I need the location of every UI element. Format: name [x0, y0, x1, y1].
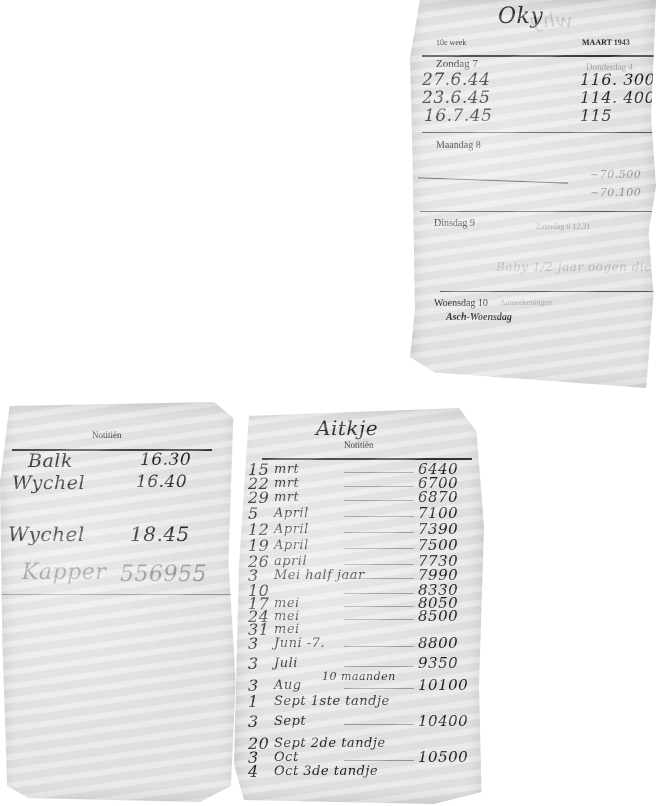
log-date: 3 — [248, 634, 259, 653]
log-date: 1 — [248, 692, 259, 711]
leader-line — [344, 666, 414, 667]
leader-line — [344, 564, 414, 565]
note-name: Wychel — [8, 522, 85, 546]
log-value: 10500 — [418, 748, 468, 766]
leader-line — [344, 593, 414, 594]
ghost-notes-label: Aanteekeningen — [500, 298, 552, 307]
ghost-handwriting: why — [530, 8, 573, 32]
log-month: April — [274, 522, 309, 537]
week-label: 10e week — [436, 38, 466, 47]
entry-value: 116. 3000gr. — [580, 70, 672, 89]
note-value: 18.45 — [130, 522, 190, 546]
note-name: Wychel — [12, 472, 85, 494]
log-month: Sept 2de tandje — [274, 736, 386, 751]
month-year: MAART 1943 — [582, 38, 630, 47]
log-month: Oct 3de tandje — [274, 764, 378, 779]
note-value: 16.40 — [136, 472, 187, 492]
day-label-wednesday: Woensdag 10 — [434, 298, 488, 309]
leader-line — [344, 516, 414, 517]
log-month: mrt — [274, 462, 299, 477]
log-month: Juni -7. — [274, 636, 325, 651]
entry-value: 115 — [580, 106, 612, 125]
leader-line — [344, 532, 414, 533]
entry-date: 23.6.45 — [422, 88, 490, 108]
leader-line — [344, 500, 414, 501]
log-month: Sept 1ste tandje — [274, 694, 390, 709]
log-value: 10400 — [418, 712, 468, 730]
note-name: Balk — [28, 450, 73, 472]
log-month: Oct — [274, 750, 299, 765]
entry-date: 16.7.45 — [424, 106, 492, 126]
note-name: Kapper — [22, 560, 106, 585]
fold-line — [418, 177, 568, 183]
leader-line — [344, 619, 414, 620]
log-month: april — [274, 554, 307, 569]
day-rule — [440, 291, 654, 292]
notes-page-left: Notitiën Balk 16.30 Wychel 16.40 Wychel … — [0, 402, 238, 802]
ghost-value: ~70.100 — [590, 186, 641, 199]
ghost-handwriting: Baby 1/2 jaar oogen dicht — [496, 260, 665, 274]
leader-line — [344, 486, 414, 487]
leader-line — [344, 548, 414, 549]
log-month: April — [274, 538, 309, 553]
header-rule — [422, 55, 654, 57]
notes-header: Notitiën — [344, 440, 374, 450]
notes-title-note: Aitkje — [316, 416, 378, 440]
log-month: Sept — [274, 714, 306, 729]
leader-line — [344, 724, 414, 725]
log-note: 10 maanden — [322, 670, 396, 683]
note-value: 556955 — [120, 562, 207, 587]
log-month: Juli — [274, 656, 298, 671]
fold-line — [0, 594, 236, 595]
log-value: 8500 — [418, 607, 458, 625]
ghost-day-label: Zaterdag 6 12.31 — [536, 222, 590, 231]
note-value: 16.30 — [140, 450, 191, 470]
diary-page: Oky why 10e week MAART 1943 Zondag 7 Don… — [410, 0, 656, 388]
log-date: 3 — [248, 654, 259, 673]
notes-header: Notitiën — [92, 430, 122, 440]
entry-value: 114. 4000gr. — [580, 88, 672, 107]
leader-line — [344, 606, 414, 607]
entry-date: 27.6.44 — [422, 70, 490, 90]
log-date: 4 — [248, 762, 259, 781]
log-value: 8800 — [418, 634, 458, 652]
log-date: 3 — [248, 712, 259, 731]
ghost-value: ~70.500 — [590, 168, 641, 181]
leader-line — [344, 760, 414, 761]
log-month: April — [274, 506, 309, 521]
log-month: Mei half jaar — [274, 568, 365, 583]
day-label-sunday: Zondag 7 — [436, 58, 478, 70]
day-rule — [422, 132, 654, 133]
day-sublabel: Asch-Woensdag — [446, 312, 512, 323]
day-label-monday: Maandag 8 — [436, 140, 481, 151]
log-month: Aug — [274, 678, 302, 693]
log-month: mrt — [274, 490, 299, 505]
leader-line — [344, 646, 414, 647]
log-month: mei — [274, 622, 300, 637]
day-rule — [420, 211, 656, 212]
notes-page-right: Aitkje Notitiën 15mrt644022mrt670029mrt6… — [234, 408, 484, 804]
leader-line — [344, 688, 414, 689]
leader-line — [344, 578, 414, 579]
log-value: 10100 — [418, 676, 468, 694]
day-label-tuesday: Dinsdag 9 — [434, 218, 475, 229]
leader-line — [344, 472, 414, 473]
log-value: 9350 — [418, 654, 458, 672]
log-month: mrt — [274, 476, 299, 491]
